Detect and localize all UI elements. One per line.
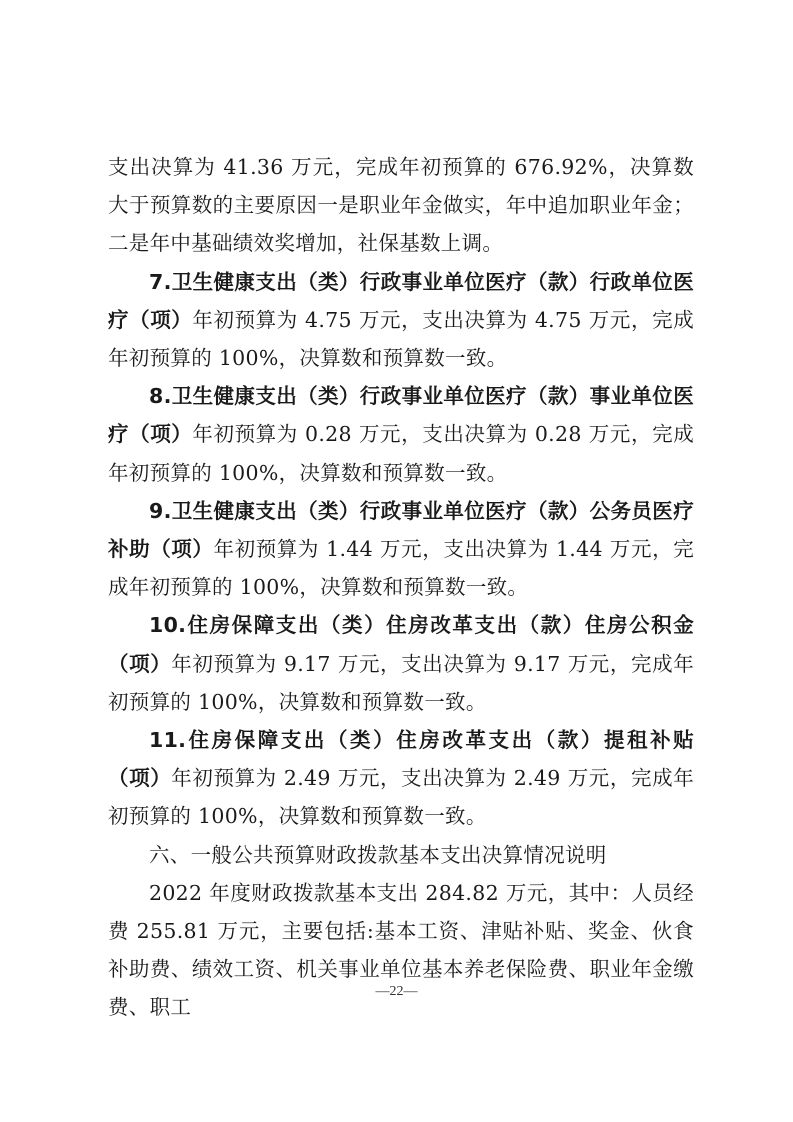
document-page: 支出决算为 41.36 万元，完成年初预算的 676.92%，决算数大于预算数的…: [108, 148, 694, 1027]
paragraph-item-8: 8.卫生健康支出（类）行政事业单位医疗（款）事业单位医疗（项）年初预算为 0.2…: [108, 377, 694, 492]
paragraph-text: 年初预算为 2.49 万元，支出决算为 2.49 万元，完成年初预算的 100%…: [108, 766, 694, 828]
paragraph-continued: 支出决算为 41.36 万元，完成年初预算的 676.92%，决算数大于预算数的…: [108, 148, 694, 263]
paragraph-text: 年初预算为 9.17 万元，支出决算为 9.17 万元，完成年初预算的 100%…: [108, 652, 694, 714]
paragraph-text: 年初预算为 4.75 万元，支出决算为 4.75 万元，完成年初预算的 100%…: [108, 308, 694, 370]
paragraph-item-11: 11.住房保障支出（类）住房改革支出（款）提租补贴（项）年初预算为 2.49 万…: [108, 721, 694, 836]
page-number: —22—: [0, 984, 793, 1000]
paragraph-item-10: 10.住房保障支出（类）住房改革支出（款）住房公积金（项）年初预算为 9.17 …: [108, 606, 694, 721]
section-body: 2022 年度财政拨款基本支出 284.82 万元，其中：人员经费 255.81…: [108, 874, 694, 1027]
paragraph-text: 支出决算为 41.36 万元，完成年初预算的 676.92%，决算数大于预算数的…: [108, 155, 694, 255]
paragraph-text: 年初预算为 0.28 万元，支出决算为 0.28 万元，完成年初预算的 100%…: [108, 422, 694, 484]
paragraph-item-9: 9.卫生健康支出（类）行政事业单位医疗（款）公务员医疗补助（项）年初预算为 1.…: [108, 492, 694, 607]
section-heading: 六、一般公共预算财政拨款基本支出决算情况说明: [108, 836, 694, 874]
paragraph-item-7: 7.卫生健康支出（类）行政事业单位医疗（款）行政单位医疗（项）年初预算为 4.7…: [108, 263, 694, 378]
